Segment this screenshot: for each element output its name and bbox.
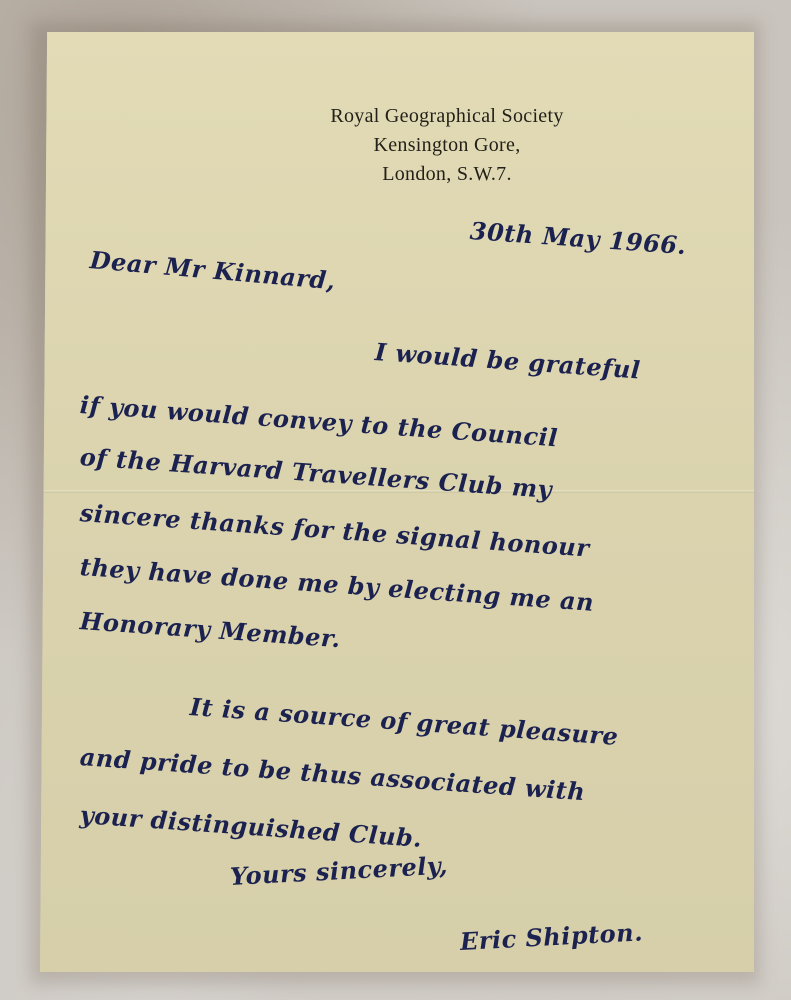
closing: Yours sincerely, (229, 851, 448, 891)
letterhead-city: London, S.W.7. (40, 160, 754, 189)
body-line: Honorary Member. (79, 606, 342, 653)
body-line: sincere thanks for the signal honour (79, 498, 590, 563)
body-line: if you would convey to the Council (79, 390, 559, 452)
body-line: of the Harvard Travellers Club my (79, 442, 553, 504)
letterhead: Royal Geographical Society Kensington Go… (40, 102, 754, 189)
letterhead-street: Kensington Gore, (40, 131, 754, 160)
salutation: Dear Mr Kinnard, (89, 245, 337, 295)
body-line: they have done me by electing me an (79, 552, 595, 617)
signature: Eric Shipton. (459, 917, 643, 956)
body-line: and pride to be thus associated with (79, 742, 586, 806)
body-line: your distinguished Club. (79, 800, 423, 853)
body-line: I would be grateful (374, 337, 641, 384)
letter-date: 30th May 1966. (469, 216, 687, 260)
letter-paper: Royal Geographical Society Kensington Go… (40, 32, 754, 972)
letterhead-org: Royal Geographical Society (40, 102, 754, 131)
body-line: It is a source of great pleasure (189, 692, 619, 751)
